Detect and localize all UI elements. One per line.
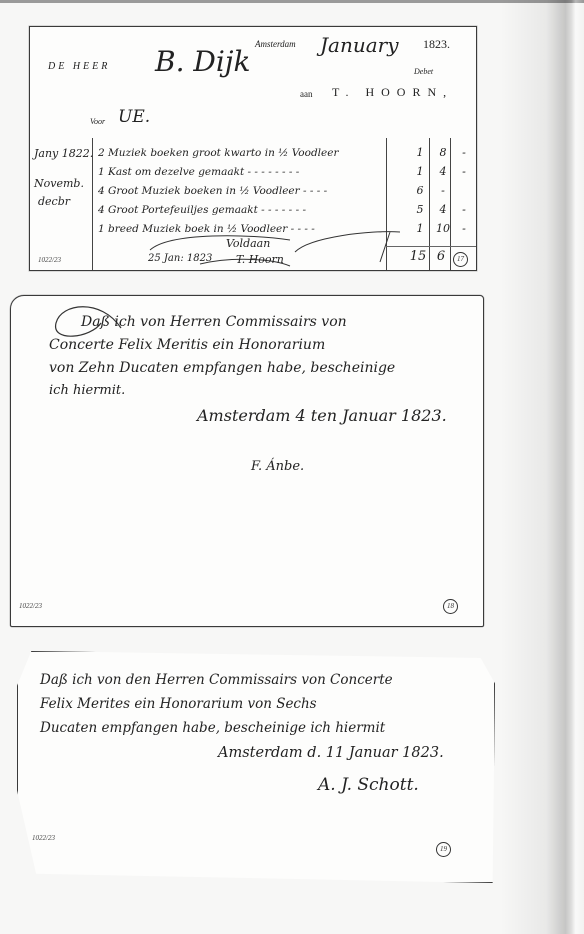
stuivers-value: 4 xyxy=(433,203,453,216)
catalog-number: 1022/23 xyxy=(38,256,61,264)
body-line: Concerte Felix Meritis ein Honorarium xyxy=(49,337,325,353)
body-line: Ducaten empfangen habe, bescheinige ich … xyxy=(40,720,385,736)
stuivers-value: 8 xyxy=(433,146,453,159)
printed-city: Amsterdam xyxy=(255,39,296,49)
year: 1823. xyxy=(423,37,450,52)
body-line: von Zehn Ducaten empfangen habe, beschei… xyxy=(49,360,395,376)
body-line: Daß ich von Herren Commissairs von xyxy=(81,314,347,330)
line-item: 4 Groot Portefeuiljes gemaakt - - - - - … xyxy=(98,204,306,216)
catalog-number: 1022/23 xyxy=(32,834,55,842)
receipt-felix-meritis-2: Daß ich von den Herren Commissairs von C… xyxy=(17,651,495,883)
signature: A. J. Schott. xyxy=(318,775,419,795)
line-item: 4 Groot Muziek boeken in ½ Voodleer - - … xyxy=(98,185,327,197)
guilders-value: 1 xyxy=(410,165,430,178)
body-line: Daß ich von den Herren Commissairs von C… xyxy=(40,672,393,688)
stuivers-value: 10 xyxy=(433,222,453,235)
guilders-value: 6 xyxy=(410,184,430,197)
receipt-felix-meritis-1: Daß ich von Herren Commissairs von Conce… xyxy=(10,295,484,627)
guilders-value: 1 xyxy=(410,146,430,159)
catalog-number: 1022/23 xyxy=(19,602,42,610)
margin-date-3: decbr xyxy=(38,195,70,208)
scan-top-edge xyxy=(0,0,584,3)
paid-note: Voldaan xyxy=(226,237,270,250)
total-stuivers: 6 xyxy=(431,249,451,264)
margin-date-2: Novemb. xyxy=(34,177,84,190)
creditor-name: T. HOORN, xyxy=(332,85,453,100)
folio-number: 18 xyxy=(443,599,458,614)
paid-signature: T. Hoorn xyxy=(236,253,284,266)
penningen-value: - xyxy=(454,165,474,178)
addressee-name: B. Dijk xyxy=(155,45,250,78)
body-line: Felix Merites ein Honorarium von Sechs xyxy=(40,696,317,712)
stuivers-value: - xyxy=(433,184,453,197)
month-handwritten: January xyxy=(320,33,399,57)
margin-date-1: Jany 1822. xyxy=(34,147,93,160)
debet-label: Debet xyxy=(414,67,433,76)
penningen-value: - xyxy=(454,222,474,235)
folio-number: 17 xyxy=(453,252,468,267)
line-item: 2 Muziek boeken groot kwarto in ½ Voodle… xyxy=(98,147,338,159)
line-item: 1 Kast om dezelve gemaakt - - - - - - - … xyxy=(98,166,299,178)
penningen-value: - xyxy=(454,203,474,216)
guilders-value: 1 xyxy=(410,222,430,235)
addressee-label: DE HEER xyxy=(48,61,110,72)
voor-label: Voor xyxy=(90,117,105,126)
total-guilders: 15 xyxy=(408,249,428,264)
creditor-prefix: aan xyxy=(300,89,313,99)
book-gutter-shadow xyxy=(500,0,584,934)
voor-value: UE. xyxy=(118,107,150,127)
place-date: Amsterdam d. 11 Januar 1823. xyxy=(218,745,444,761)
stuivers-value: 4 xyxy=(433,165,453,178)
guilders-value: 5 xyxy=(410,203,430,216)
folio-number: 19 xyxy=(436,842,451,857)
penningen-value: - xyxy=(454,146,474,159)
receipt-hoorn: Amsterdam January 1823. DE HEER B. Dijk … xyxy=(29,26,477,271)
body-line: ich hiermit. xyxy=(49,383,125,398)
place-date: Amsterdam 4 ten Januar 1823. xyxy=(197,406,447,425)
signature: F. Ánbe. xyxy=(251,459,304,474)
paid-date: 25 Jan: 1823 xyxy=(148,253,212,264)
